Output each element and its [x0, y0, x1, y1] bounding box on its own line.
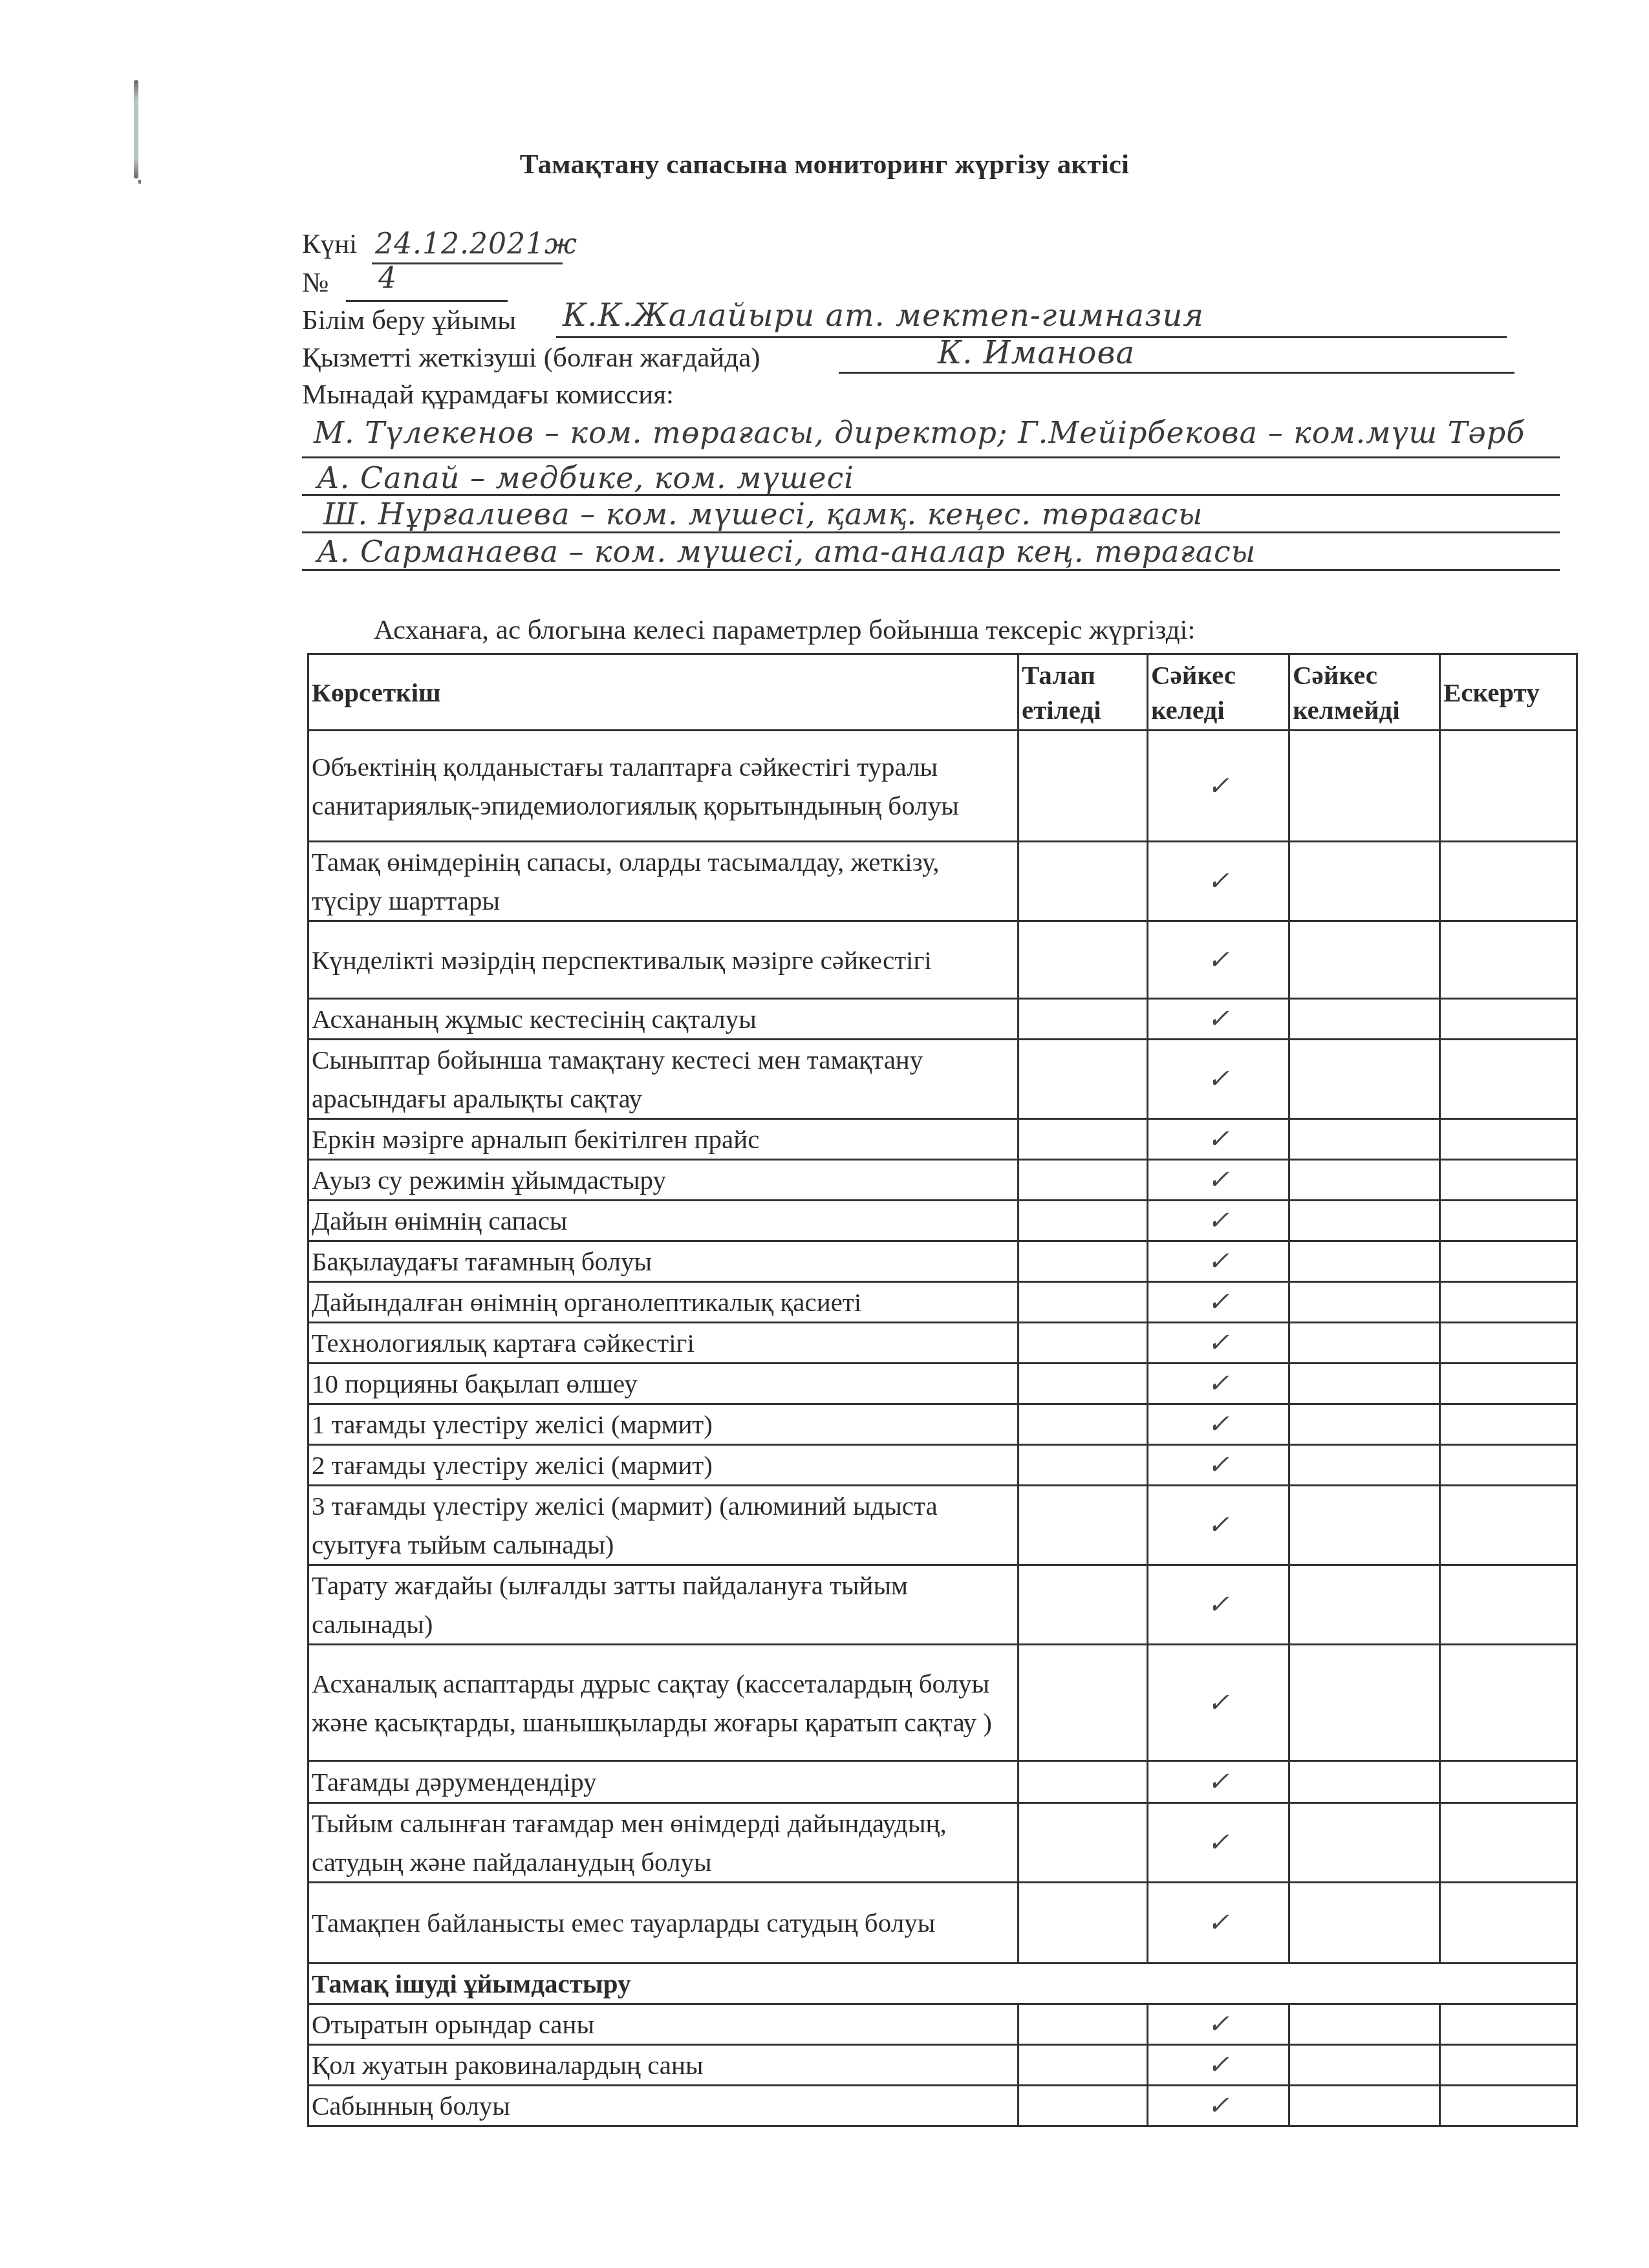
cell-note	[1440, 1201, 1577, 1241]
cell-compliant: ✓	[1148, 1364, 1289, 1404]
cell-compliant: ✓	[1148, 2004, 1289, 2045]
cell-non-compliant	[1289, 921, 1440, 999]
table-row: Тағамды дәрумендендіру✓	[308, 1761, 1577, 1803]
table-row: Асханалық аспаптарды дұрыс сақтау (кассе…	[308, 1645, 1577, 1761]
cell-non-compliant	[1289, 2045, 1440, 2086]
table-row: Тамақ өнімдерінің сапасы, оларды тасымал…	[308, 842, 1577, 921]
table-row: Ауыз су режимін ұйымдастыру✓	[308, 1160, 1577, 1201]
table-row: Технологиялық картаға сәйкестігі✓	[308, 1323, 1577, 1364]
cell-indicator: Дайын өнімнің сапасы	[308, 1201, 1018, 1241]
table-section-row: Тамақ ішуді ұйымдастыру	[308, 1963, 1577, 2004]
commission-member-2: А. Сапай – медбике, ком. мүшесі	[317, 460, 854, 495]
cell-non-compliant	[1289, 2086, 1440, 2126]
table-row: Еркін мәзірге арналып бекітілген прайс✓	[308, 1119, 1577, 1160]
cell-note	[1440, 1364, 1577, 1404]
header-note: Ескерту	[1440, 654, 1577, 731]
commission-underline-4	[302, 569, 1560, 571]
cell-non-compliant	[1289, 1445, 1440, 1486]
cell-non-compliant	[1289, 1803, 1440, 1883]
cell-note	[1440, 999, 1577, 1040]
cell-non-compliant	[1289, 1486, 1440, 1565]
cell-required	[1018, 1445, 1148, 1486]
commission-member-3: Ш. Нұрғалиева – ком. мүшесі, қамқ. кеңес…	[323, 497, 1203, 531]
cell-note	[1440, 1486, 1577, 1565]
cell-required	[1018, 2045, 1148, 2086]
supplier-underline	[839, 372, 1514, 374]
cell-required	[1018, 1645, 1148, 1761]
cell-non-compliant	[1289, 1565, 1440, 1645]
cell-required	[1018, 1883, 1148, 1963]
cell-non-compliant	[1289, 1364, 1440, 1404]
cell-non-compliant	[1289, 1119, 1440, 1160]
table-row: Сыныптар бойынша тамақтану кестесі мен т…	[308, 1040, 1577, 1119]
commission-underline-1	[302, 456, 1560, 458]
commission-label: Мынадай құрамдағы комиссия:	[302, 378, 674, 412]
cell-required	[1018, 1282, 1148, 1323]
cell-non-compliant	[1289, 1323, 1440, 1364]
cell-required	[1018, 1119, 1148, 1160]
cell-compliant: ✓	[1148, 999, 1289, 1040]
cell-compliant: ✓	[1148, 1282, 1289, 1323]
date-underline	[372, 262, 563, 264]
cell-compliant: ✓	[1148, 731, 1289, 842]
cell-note	[1440, 2086, 1577, 2126]
cell-non-compliant	[1289, 731, 1440, 842]
cell-indicator: Дайындалған өнімнің органолептикалық қас…	[308, 1282, 1018, 1323]
table-row: Асхананың жұмыс кестесінің сақталуы✓	[308, 999, 1577, 1040]
cell-compliant: ✓	[1148, 1323, 1289, 1364]
table-row: Отыратын орындар саны✓	[308, 2004, 1577, 2045]
cell-indicator: Күнделікті мәзірдің перспективалық мәзір…	[308, 921, 1018, 999]
cell-indicator: Бақылаудағы тағамның болуы	[308, 1241, 1018, 1282]
cell-required	[1018, 1486, 1148, 1565]
cell-note	[1440, 1282, 1577, 1323]
cell-indicator: Тағамды дәрумендендіру	[308, 1761, 1018, 1803]
cell-note	[1440, 2045, 1577, 2086]
cell-compliant: ✓	[1148, 2086, 1289, 2126]
cell-non-compliant	[1289, 1404, 1440, 1445]
document-title: Тамақтану сапасына мониторинг жүргізу ак…	[0, 149, 1649, 180]
commission-underline-3	[302, 531, 1560, 533]
cell-compliant: ✓	[1148, 1201, 1289, 1241]
table-row: Сабынның болуы✓	[308, 2086, 1577, 2126]
table-row: Тарату жағдайы (ылғалды затты пайдалануғ…	[308, 1565, 1577, 1645]
cell-compliant: ✓	[1148, 1803, 1289, 1883]
cell-indicator: Ауыз су режимін ұйымдастыру	[308, 1160, 1018, 1201]
cell-note	[1440, 842, 1577, 921]
cell-compliant: ✓	[1148, 1565, 1289, 1645]
cell-indicator: Сыныптар бойынша тамақтану кестесі мен т…	[308, 1040, 1018, 1119]
table-row: 10 порцияны бақылап өлшеу✓	[308, 1364, 1577, 1404]
header-compliant: Сәйкес келеді	[1148, 654, 1289, 731]
cell-non-compliant	[1289, 1883, 1440, 1963]
cell-note	[1440, 1040, 1577, 1119]
cell-compliant: ✓	[1148, 1404, 1289, 1445]
cell-required	[1018, 1241, 1148, 1282]
cell-note	[1440, 1803, 1577, 1883]
cell-non-compliant	[1289, 1201, 1440, 1241]
cell-required	[1018, 999, 1148, 1040]
cell-indicator: 10 порцияны бақылап өлшеу	[308, 1364, 1018, 1404]
section-title: Тамақ ішуді ұйымдастыру	[308, 1963, 1577, 2004]
cell-required	[1018, 1323, 1148, 1364]
cell-required	[1018, 1201, 1148, 1241]
table-row: Тыйым салынған тағамдар мен өнімдерді да…	[308, 1803, 1577, 1883]
cell-required	[1018, 1803, 1148, 1883]
cell-non-compliant	[1289, 842, 1440, 921]
cell-indicator: Объектінің қолданыстағы талаптарға сәйке…	[308, 731, 1018, 842]
cell-required	[1018, 2004, 1148, 2045]
cell-required	[1018, 1040, 1148, 1119]
cell-indicator: Асханалық аспаптарды дұрыс сақтау (кассе…	[308, 1645, 1018, 1761]
table-row: 3 тағамды үлестіру желісі (мармит) (алюм…	[308, 1486, 1577, 1565]
cell-compliant: ✓	[1148, 921, 1289, 999]
cell-non-compliant	[1289, 1761, 1440, 1803]
cell-required	[1018, 1404, 1148, 1445]
cell-indicator: Қол жуатын раковиналардың саны	[308, 2045, 1018, 2086]
header-indicator: Көрсеткіш	[308, 654, 1018, 731]
organization-label: Білім беру ұйымы	[302, 304, 516, 337]
commission-member-4: А. Сарманаева – ком. мүшесі, ата-аналар …	[317, 534, 1256, 569]
cell-note	[1440, 1323, 1577, 1364]
inspection-table: Көрсеткіш Талап етіледі Сәйкес келеді Сә…	[307, 653, 1578, 2127]
cell-note	[1440, 731, 1577, 842]
supplier-label: Қызметті жеткізуші (болған жағдайда)	[302, 341, 760, 375]
cell-note	[1440, 1565, 1577, 1645]
cell-note	[1440, 921, 1577, 999]
cell-required	[1018, 1364, 1148, 1404]
organization-value: К.К.Жалайыри ат. мектеп-гимназия	[563, 297, 1204, 334]
cell-indicator: Еркін мәзірге арналып бекітілген прайс	[308, 1119, 1018, 1160]
table-row: 2 тағамды үлестіру желісі (мармит)✓	[308, 1445, 1577, 1486]
supplier-value: К. Иманова	[938, 335, 1135, 371]
cell-indicator: Тамақ өнімдерінің сапасы, оларды тасымал…	[308, 842, 1018, 921]
commission-member-1: М. Түлекенов – ком. төрағасы, директор; …	[314, 415, 1525, 450]
cell-indicator: Сабынның болуы	[308, 2086, 1018, 2126]
table-row: 1 тағамды үлестіру желісі (мармит)✓	[308, 1404, 1577, 1445]
table-row: Тамақпен байланысты емес тауарларды сату…	[308, 1883, 1577, 1963]
table-row: Бақылаудағы тағамның болуы✓	[308, 1241, 1577, 1282]
cell-compliant: ✓	[1148, 1761, 1289, 1803]
cell-non-compliant	[1289, 1282, 1440, 1323]
cell-compliant: ✓	[1148, 842, 1289, 921]
inspection-intro: Асханаға, ас блогына келесі параметрлер …	[374, 614, 1195, 646]
cell-non-compliant	[1289, 2004, 1440, 2045]
table-header-row: Көрсеткіш Талап етіледі Сәйкес келеді Сә…	[308, 654, 1577, 731]
cell-indicator: 3 тағамды үлестіру желісі (мармит) (алюм…	[308, 1486, 1018, 1565]
cell-note	[1440, 1645, 1577, 1761]
cell-compliant: ✓	[1148, 1445, 1289, 1486]
header-non-compliant: Сәйкес келмейді	[1289, 654, 1440, 731]
cell-required	[1018, 1160, 1148, 1201]
cell-indicator: Отыратын орындар саны	[308, 2004, 1018, 2045]
cell-required	[1018, 921, 1148, 999]
number-label: №	[302, 266, 329, 300]
cell-non-compliant	[1289, 1160, 1440, 1201]
cell-required	[1018, 731, 1148, 842]
cell-required	[1018, 1565, 1148, 1645]
cell-indicator: Технологиялық картаға сәйкестігі	[308, 1323, 1018, 1364]
cell-compliant: ✓	[1148, 2045, 1289, 2086]
table-row: Дайын өнімнің сапасы✓	[308, 1201, 1577, 1241]
cell-required	[1018, 842, 1148, 921]
cell-compliant: ✓	[1148, 1645, 1289, 1761]
cell-indicator: Асхананың жұмыс кестесінің сақталуы	[308, 999, 1018, 1040]
cell-compliant: ✓	[1148, 1486, 1289, 1565]
cell-indicator: Тамақпен байланысты емес тауарларды сату…	[308, 1883, 1018, 1963]
cell-non-compliant	[1289, 1241, 1440, 1282]
cell-non-compliant	[1289, 1040, 1440, 1119]
cell-indicator: 2 тағамды үлестіру желісі (мармит)	[308, 1445, 1018, 1486]
table-row: Қол жуатын раковиналардың саны✓	[308, 2045, 1577, 2086]
number-value: 4	[378, 262, 397, 295]
number-underline	[346, 300, 508, 302]
cell-compliant: ✓	[1148, 1883, 1289, 1963]
cell-indicator: Тарату жағдайы (ылғалды затты пайдалануғ…	[308, 1565, 1018, 1645]
cell-note	[1440, 1761, 1577, 1803]
cell-compliant: ✓	[1148, 1040, 1289, 1119]
cell-indicator: 1 тағамды үлестіру желісі (мармит)	[308, 1404, 1018, 1445]
cell-compliant: ✓	[1148, 1119, 1289, 1160]
cell-non-compliant	[1289, 1645, 1440, 1761]
cell-note	[1440, 1404, 1577, 1445]
cell-note	[1440, 1160, 1577, 1201]
cell-note	[1440, 1445, 1577, 1486]
date-label: Күні	[302, 228, 357, 261]
cell-indicator: Тыйым салынған тағамдар мен өнімдерді да…	[308, 1803, 1018, 1883]
cell-note	[1440, 1119, 1577, 1160]
cell-non-compliant	[1289, 999, 1440, 1040]
date-value: 24.12.2021ж	[375, 228, 577, 261]
header-required: Талап етіледі	[1018, 654, 1148, 731]
cell-compliant: ✓	[1148, 1241, 1289, 1282]
cell-note	[1440, 1241, 1577, 1282]
cell-compliant: ✓	[1148, 1160, 1289, 1201]
table-row: Объектінің қолданыстағы талаптарға сәйке…	[308, 731, 1577, 842]
table-row: Дайындалған өнімнің органолептикалық қас…	[308, 1282, 1577, 1323]
table-row: Күнделікті мәзірдің перспективалық мәзір…	[308, 921, 1577, 999]
cell-required	[1018, 1761, 1148, 1803]
cell-note	[1440, 1883, 1577, 1963]
cell-note	[1440, 2004, 1577, 2045]
cell-required	[1018, 2086, 1148, 2126]
